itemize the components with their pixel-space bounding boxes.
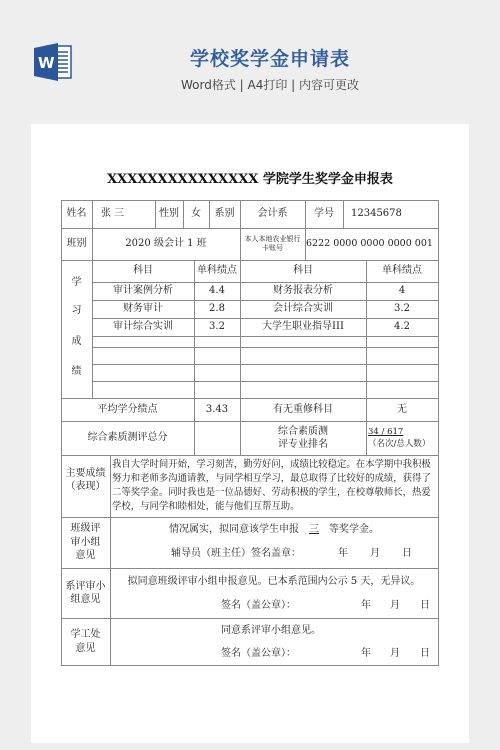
quality-rank: 34 / 617 （名次/总人数）	[368, 421, 438, 455]
retake-label: 有无重修科目	[240, 398, 366, 421]
grade-value[interactable]: 4.4	[194, 282, 240, 300]
quality-score-value[interactable]	[194, 421, 240, 455]
office-review-label: 学工处意见	[61, 618, 110, 665]
grade-subject[interactable]: 审计案例分析	[92, 282, 194, 300]
office-review-sign-label: 签名（盖公章）：	[221, 644, 341, 664]
department-value[interactable]: 会计系	[240, 200, 305, 228]
department-label: 系别	[209, 200, 240, 228]
dept-review-label: 系评审小组意见	[61, 568, 110, 618]
quality-rank-note: （名次/总人数）	[368, 438, 430, 450]
grade-subject[interactable]: 审计综合实训	[92, 318, 194, 336]
gender-value[interactable]: 女	[183, 200, 209, 228]
name-value[interactable]: 张 三	[101, 200, 155, 228]
banner-subtitle: Word格式 | A4打印 | 内容可更改	[0, 76, 500, 93]
class-review-opinion: 情况属实，拟同意该学生申报 三 等奖学金。	[110, 520, 438, 540]
dept-review-opinion[interactable]: 拟同意班级评审小组申报意见。已本系范围内公示 5 天，无异议。	[110, 572, 438, 592]
grade-subject[interactable]: 会计综合实训	[240, 300, 366, 318]
grade-value[interactable]: 2.8	[194, 300, 240, 318]
retake-value[interactable]: 无	[366, 398, 438, 421]
bank-account-value[interactable]: 6222 0000 0000 0000 001	[306, 228, 438, 260]
grades-side-label-1: 学	[61, 275, 92, 291]
year-label: 年	[333, 544, 353, 564]
grade-value[interactable]: 3.2	[366, 300, 438, 318]
application-form-table: 姓名 张 三 性别 女 系别 会计系 学号 12345678 班别 2020 级…	[61, 200, 438, 665]
class-review-sign-label: 辅导员（班主任）签名盖章：	[171, 544, 321, 564]
gpa-value[interactable]: 3.43	[194, 398, 240, 421]
quality-score-label: 综合素质测评总分	[61, 421, 194, 455]
grades-header-subject-1: 科目	[92, 260, 194, 282]
grade-value[interactable]: 3.2	[194, 318, 240, 336]
grade-subject[interactable]: 大学生职业指导III	[240, 318, 366, 336]
bank-account-label: 本人本地农业银行卡账号	[242, 228, 303, 260]
gpa-label: 平均学分绩点	[61, 398, 194, 421]
grades-header-gpa-1: 单科绩点	[194, 260, 240, 282]
grades-side-label-2: 习	[61, 303, 92, 319]
document-title: XXXXXXXXXXXXXXX 学院学生奖学金申报表	[31, 168, 469, 187]
day-label: 日	[415, 596, 435, 616]
grades-side-label-4: 绩	[61, 364, 92, 380]
gender-label: 性别	[155, 200, 183, 228]
office-review-opinion[interactable]: 同意系评审小组意见。	[221, 621, 421, 641]
day-label: 日	[415, 644, 435, 664]
grade-value[interactable]: 4.2	[366, 318, 438, 336]
year-label: 年	[356, 596, 376, 616]
award-level[interactable]: 三	[305, 523, 323, 537]
month-label: 月	[365, 544, 385, 564]
month-label: 月	[385, 596, 405, 616]
student-id-value[interactable]: 12345678	[351, 200, 438, 228]
class-label: 班别	[61, 228, 92, 260]
banner-title: 学校奖学金申请表	[0, 44, 500, 71]
grades-header-subject-2: 科目	[240, 260, 366, 282]
quality-rank-value[interactable]: 34 / 617	[368, 426, 403, 438]
quality-rank-label: 综合素质测评专业排名	[275, 421, 331, 455]
month-label: 月	[385, 644, 405, 664]
achievement-label: 主要成绩（表现）	[61, 455, 110, 505]
achievement-text[interactable]: 我自大学时间开始，学习刻苦，勤劳好问，成绩比较稳定。在本学期中我积极努力和老师多…	[112, 458, 437, 514]
name-label: 姓名	[61, 200, 92, 228]
year-label: 年	[356, 644, 376, 664]
class-value[interactable]: 2020 级会计 1 班	[92, 228, 240, 260]
grades-header-gpa-2: 单科绩点	[366, 260, 438, 282]
grades-side-label-3: 成	[61, 334, 92, 350]
student-id-label: 学号	[305, 200, 343, 228]
grade-subject[interactable]: 财务报表分析	[240, 282, 366, 300]
class-review-label: 班级评审小组意见	[61, 517, 110, 568]
dept-review-sign-label: 签名（盖公章）：	[221, 596, 341, 616]
grade-subject[interactable]: 财务审计	[92, 300, 194, 318]
day-label: 日	[397, 544, 417, 564]
grade-value[interactable]: 4	[366, 282, 438, 300]
